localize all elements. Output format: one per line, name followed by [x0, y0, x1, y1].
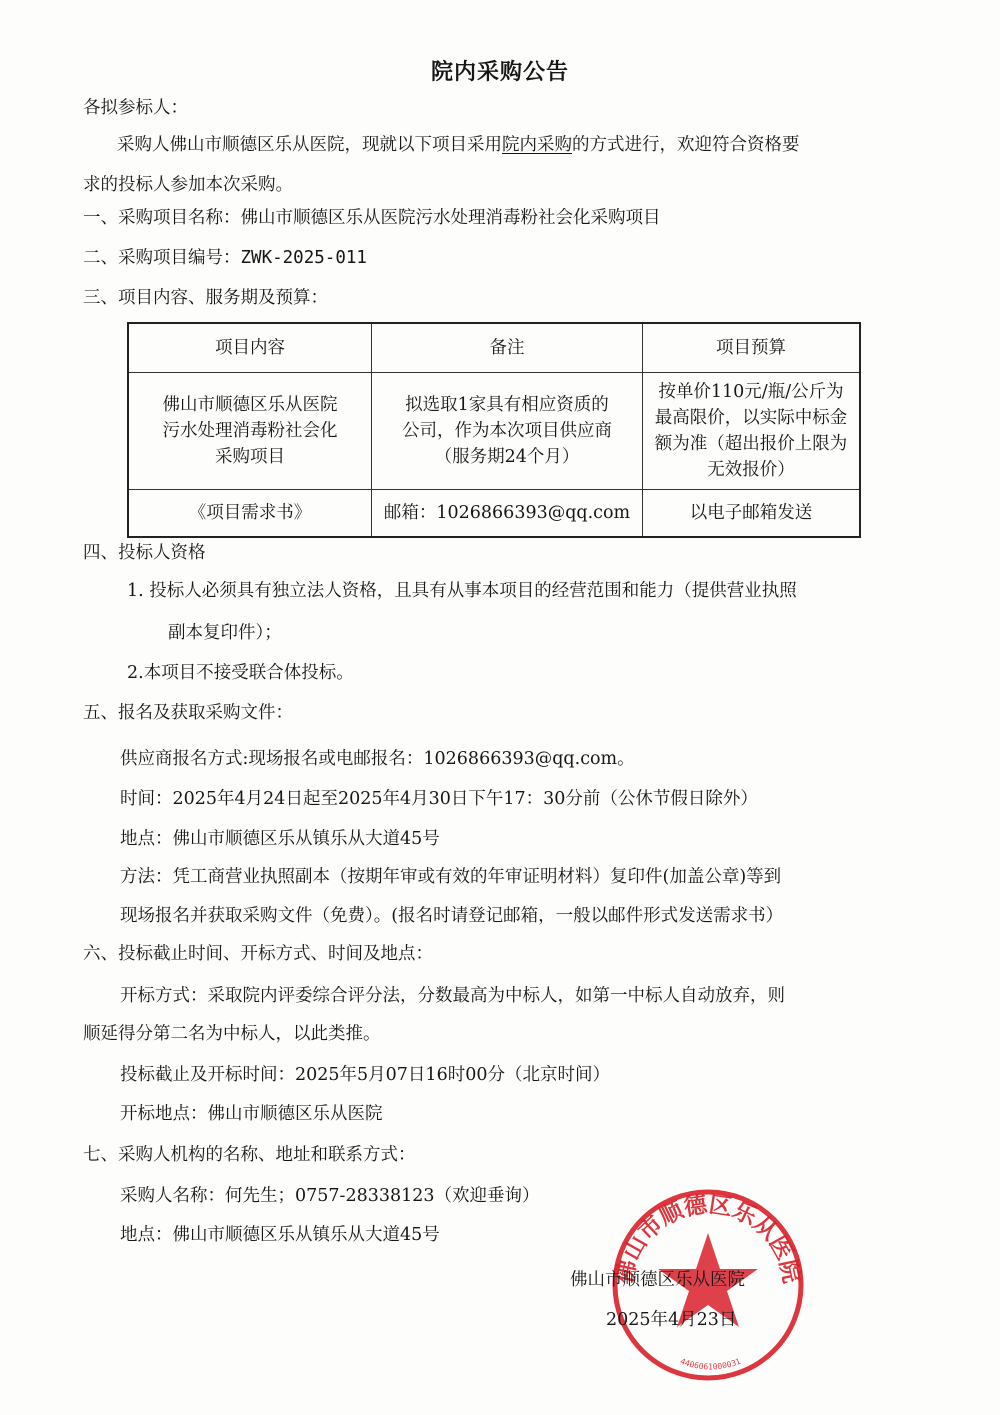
table-header-row: 项目内容 备注 项目预算	[128, 323, 860, 373]
section-label: 二、采购项目编号：	[83, 248, 241, 268]
intro-text: 采购人佛山市顺德区乐从医院，现就以下项目采用	[117, 135, 502, 155]
procurement-table: 项目内容 备注 项目预算 佛山市顺德区乐从医院 污水处理消毒粉社会化 采购项目 …	[127, 322, 861, 538]
bid-deadline: 投标截止及开标时间：2025年5月07日16时00分（北京时间）	[120, 1062, 610, 1088]
table-cell-content: 佛山市顺德区乐从医院 污水处理消毒粉社会化 采购项目	[128, 373, 372, 490]
purchaser-address: 地点：佛山市顺德区乐从镇乐从大道45号	[120, 1222, 440, 1248]
bid-opening-method: 开标方式：采取院内评委综合评分法，分数最高为中标人，如第一中标人自动放弃，则	[120, 983, 785, 1009]
table-header: 备注	[372, 323, 643, 373]
table-cell-budget: 按单价110元/瓶/公斤为 最高限价，以实际中标金 额为准（超出报价上限为 无效…	[643, 373, 861, 490]
intro-paragraph: 采购人佛山市顺德区乐从医院，现就以下项目采用院内采购的方式进行，欢迎符合资格要	[117, 132, 800, 158]
project-number: ZWK-2025-011	[241, 248, 367, 268]
qualification-1: 1. 投标人必须具有独立法人资格，且具有从事本项目的经营范围和能力（提供营业执照	[127, 578, 797, 604]
section-4-label: 四、投标人资格	[83, 540, 206, 566]
signature-date: 2025年4月23日	[606, 1306, 736, 1331]
cell-line: 按单价110元/瓶/公斤为	[649, 379, 853, 405]
section-5-label: 五、报名及获取采购文件：	[83, 700, 293, 726]
qualification-1-cont: 副本复印件）；	[168, 620, 282, 646]
project-number-line: 二、采购项目编号：ZWK-2025-011	[83, 245, 367, 271]
table-cell-email: 邮箱：1026866393@qq.com	[372, 490, 643, 538]
registration-time: 时间：2025年4月24日起至2025年4月30日下午17：30分前（公休节假日…	[120, 786, 758, 812]
cell-line: 公司，作为本次项目供应商	[378, 418, 636, 444]
table-cell-budget: 以电子邮箱发送	[643, 490, 861, 538]
qualification-2: 2.本项目不接受联合体投标。	[127, 660, 354, 686]
purchaser-contact: 采购人名称：何先生；0757-28338123（欢迎垂询）	[120, 1183, 540, 1209]
page-title: 院内采购公告	[0, 55, 1000, 86]
table-cell-note: 拟选取1家具有相应资质的 公司，作为本次项目供应商 （服务期24个月）	[372, 373, 643, 490]
table-header: 项目内容	[128, 323, 372, 373]
cell-line: 最高限价，以实际中标金	[649, 405, 853, 431]
project-name-line: 一、采购项目名称：佛山市顺德区乐从医院污水处理消毒粉社会化采购项目	[83, 205, 661, 231]
intro-paragraph-line2: 求的投标人参加本次采购。	[83, 172, 293, 198]
cell-line: 佛山市顺德区乐从医院	[135, 392, 365, 418]
cell-line: 无效报价）	[649, 457, 853, 483]
bid-opening-method-cont: 顺延得分第二名为中标人，以此类推。	[83, 1021, 381, 1047]
cell-line: 采购项目	[135, 444, 365, 470]
registration-place: 地点：佛山市顺德区乐从镇乐从大道45号	[120, 826, 440, 852]
cell-line: 拟选取1家具有相应资质的	[378, 392, 636, 418]
salutation: 各拟参标人：	[83, 95, 188, 121]
project-name: 佛山市顺德区乐从医院污水处理消毒粉社会化采购项目	[241, 208, 661, 228]
cell-line: 额为准（超出报价上限为	[649, 431, 853, 457]
intro-text-cont: 的方式进行，欢迎符合资格要	[572, 135, 800, 155]
table-row: 《项目需求书》 邮箱：1026866393@qq.com 以电子邮箱发送	[128, 490, 860, 538]
registration-method: 供应商报名方式:现场报名或电邮报名：1026866393@qq.com。	[120, 746, 635, 772]
section-7-label: 七、采购人机构的名称、地址和联系方式：	[83, 1142, 416, 1168]
table-row: 佛山市顺德区乐从医院 污水处理消毒粉社会化 采购项目 拟选取1家具有相应资质的 …	[128, 373, 860, 490]
procurement-method: 院内采购	[502, 135, 572, 155]
table-header: 项目预算	[643, 323, 861, 373]
section-label: 一、采购项目名称：	[83, 208, 241, 228]
section-3-label: 三、项目内容、服务期及预算：	[83, 285, 328, 311]
bid-opening-place: 开标地点：佛山市顺德区乐从医院	[120, 1101, 383, 1127]
cell-line: （服务期24个月）	[378, 444, 636, 470]
cell-line: 污水处理消毒粉社会化	[135, 418, 365, 444]
table-cell-content: 《项目需求书》	[128, 490, 372, 538]
svg-text:4406061000031: 4406061000031	[679, 1357, 742, 1372]
registration-procedure-cont: 现场报名并获取采购文件（免费）。(报名时请登记邮箱，一般以邮件形式发送需求书）	[120, 903, 783, 929]
signature-org: 佛山市顺德区乐从医院	[570, 1266, 745, 1291]
registration-procedure: 方法：凭工商营业执照副本（按期年审或有效的年审证明材料）复印件(加盖公章)等到	[120, 864, 781, 890]
section-6-label: 六、投标截止时间、开标方式、时间及地点：	[83, 941, 433, 967]
